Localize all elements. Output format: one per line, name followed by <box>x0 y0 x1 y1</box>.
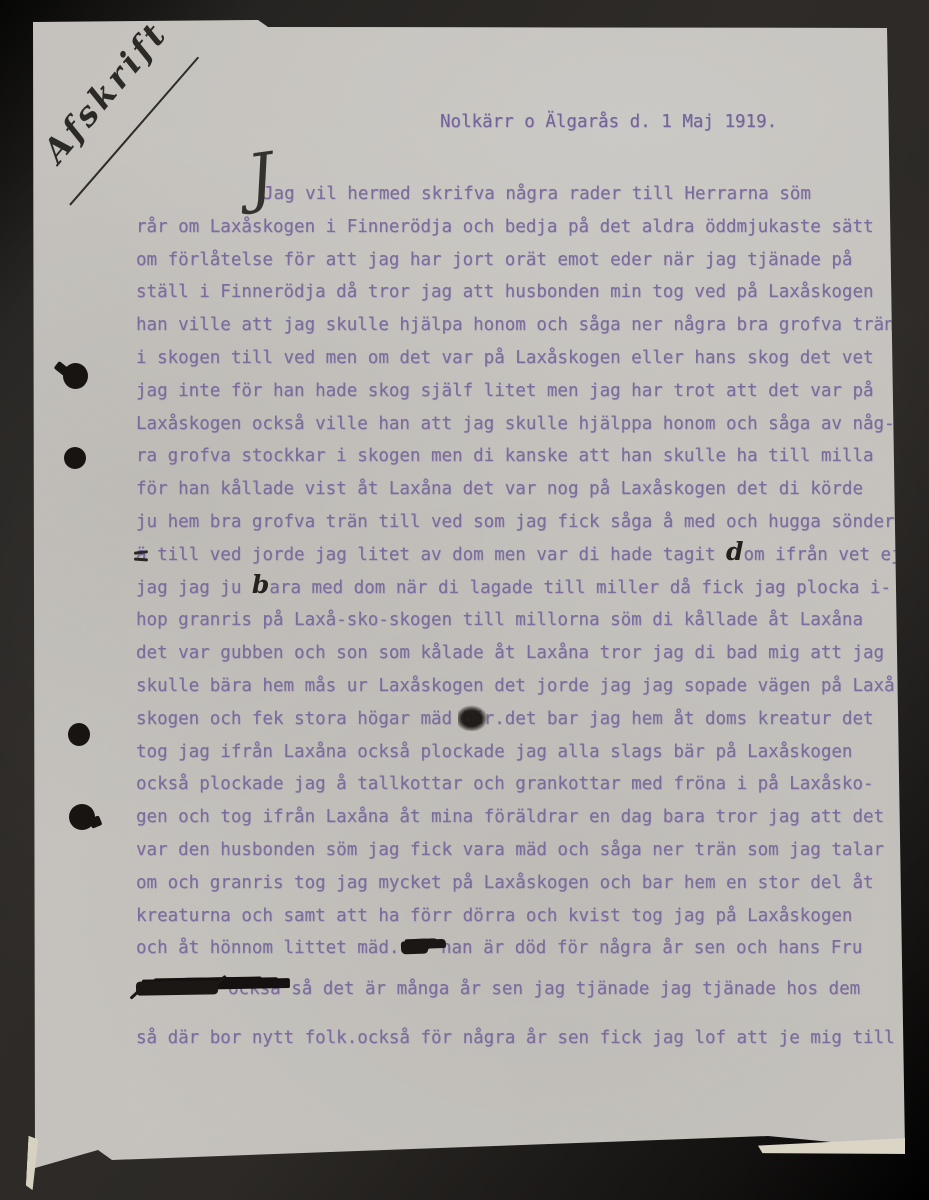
letter-line: Laxåskogen också ville han att jag skull… <box>136 408 901 441</box>
letter-line: det var gubben och son som kålade åt Lax… <box>136 637 901 670</box>
line-text: kreaturna och samt att ha förr dörra och… <box>136 906 852 926</box>
line-text: om förlåtelse för att jag har jort orät … <box>136 250 852 270</box>
letter-line: rår om Laxåskogen i Finnerödja och bedja… <box>136 211 901 244</box>
letter-line: var den husbonden söm jag fick vara mäd … <box>136 834 901 867</box>
line-text: han ville att jag skulle hjälpa honom oc… <box>136 315 895 335</box>
line-text: ju hem bra grofva trän till ved som jag … <box>136 512 895 532</box>
line-text: det var gubben och son som kålade åt Lax… <box>136 643 884 663</box>
line-text: tog jag ifrån Laxåna också plockade jag … <box>136 742 852 762</box>
handwritten-copy-note-text: Afskrift <box>35 13 175 170</box>
hole-punch <box>64 447 86 469</box>
letter-body: JJag vil hermed skrifva några rader till… <box>136 178 901 1055</box>
handwritten-initial-J: J <box>244 145 278 212</box>
line-text: Jag vil hermed skrifva några rader till … <box>263 184 811 204</box>
line-text: till ved jorde jag litet av dom men var … <box>147 545 726 565</box>
line-text: ra grofva stockkar i skogen men di kansk… <box>136 446 874 466</box>
letter-line: och åt hönnom littet mäd. han är död för… <box>136 932 901 965</box>
letter-line: i skogen till ved men om det var på Laxå… <box>136 342 901 375</box>
hole-punch <box>68 723 90 746</box>
line-text: så där bor nytt folk.också för några år … <box>136 1028 895 1048</box>
line-text: också plockade jag å tallkottar och gran… <box>136 774 874 794</box>
struck-out-word <box>136 980 218 995</box>
line-text: jag inte för han hade skog själf litet m… <box>136 381 874 401</box>
line-text: skogen och fek stora högar mäd <box>136 709 463 729</box>
line-text: också så det är många år sen jag tjänade… <box>228 979 860 999</box>
line-text: han är död för några år sen och hans Fru <box>430 938 862 958</box>
handwritten-correction-d: d <box>726 537 743 566</box>
letter-line: gen och tog ifrån Laxåna åt mina föräldr… <box>136 801 901 834</box>
letter-line: om och granris tog jag mycket på Laxåsko… <box>136 867 901 900</box>
line-text: om ifrån vet ej <box>744 545 902 565</box>
line-text: och åt hönnom littet mäd. <box>136 938 399 958</box>
struck-out-word <box>401 941 428 955</box>
line-text: hop granris på Laxå-sko-skogen till mill… <box>136 610 863 630</box>
line-text: jag jag ju <box>136 578 252 598</box>
letter-line: också plockade jag å tallkottar och gran… <box>136 768 901 801</box>
letter-page: Afskrift Nolkärr o Älgarås d. 1 Maj 1919… <box>0 0 929 1200</box>
letter-line: jag inte för han hade skog själf litet m… <box>136 375 901 408</box>
line-text: rår om Laxåskogen i Finnerödja och bedja… <box>136 217 874 237</box>
line-text: för han kållade vist åt Laxåna det var n… <box>136 479 863 499</box>
letter-line: skulle bära hem mås ur Laxåskogen det jo… <box>136 670 901 703</box>
line-text: var den husbonden söm jag fick vara mäd … <box>136 840 884 860</box>
letter-line: JJag vil hermed skrifva några rader till… <box>136 178 901 211</box>
letter-line: jag jag ju bara med dom när di lagade ti… <box>136 572 901 605</box>
line-text: i skogen till ved men om det var på Laxå… <box>136 348 874 368</box>
handwritten-correction-b: b <box>252 570 269 599</box>
letter-line: han ville att jag skulle hjälpa honom oc… <box>136 309 901 342</box>
letter-line: för han kållade vist åt Laxåna det var n… <box>136 473 901 506</box>
line-text: ställ i Finnerödja då tror jag att husbo… <box>136 282 874 302</box>
line-text: skulle bära hem mås ur Laxåskogen det jo… <box>136 676 905 696</box>
hole-punch <box>63 363 88 389</box>
line-text: ara med dom när di lagade till miller då… <box>269 578 891 598</box>
letter-line: också så det är många år sen jag tjänade… <box>136 973 901 1006</box>
dateline: Nolkärr o Älgarås d. 1 Maj 1919. <box>440 112 777 132</box>
ink-blot: bär <box>463 709 495 729</box>
struck-out-character: ä <box>136 539 147 572</box>
letter-line: ställ i Finnerödja då tror jag att husbo… <box>136 276 901 309</box>
line-text: gen och tog ifrån Laxåna åt mina föräldr… <box>136 807 884 827</box>
line-text: Laxåskogen också ville han att jag skull… <box>136 414 895 434</box>
letter-line: så där bor nytt folk.också för några år … <box>136 1022 901 1055</box>
letter-line: ra grofva stockkar i skogen men di kansk… <box>136 440 901 473</box>
line-text: .det bar jag hem åt doms kreatur det <box>494 709 873 729</box>
letter-line: ä till ved jorde jag litet av dom men va… <box>136 539 901 572</box>
letter-line: skogen och fek stora högar mäd bär.det b… <box>136 703 901 736</box>
line-text: om och granris tog jag mycket på Laxåsko… <box>136 873 874 893</box>
letter-line: kreaturna och samt att ha förr dörra och… <box>136 900 901 933</box>
letter-line: ju hem bra grofva trän till ved som jag … <box>136 506 901 539</box>
hole-punch <box>69 804 95 830</box>
letter-line: tog jag ifrån Laxåna också plockade jag … <box>136 736 901 769</box>
letter-line: om förlåtelse för att jag har jort orät … <box>136 244 901 277</box>
letter-line: hop granris på Laxå-sko-skogen till mill… <box>136 604 901 637</box>
scanned-letter-canvas: Afskrift Nolkärr o Älgarås d. 1 Maj 1919… <box>0 0 929 1200</box>
